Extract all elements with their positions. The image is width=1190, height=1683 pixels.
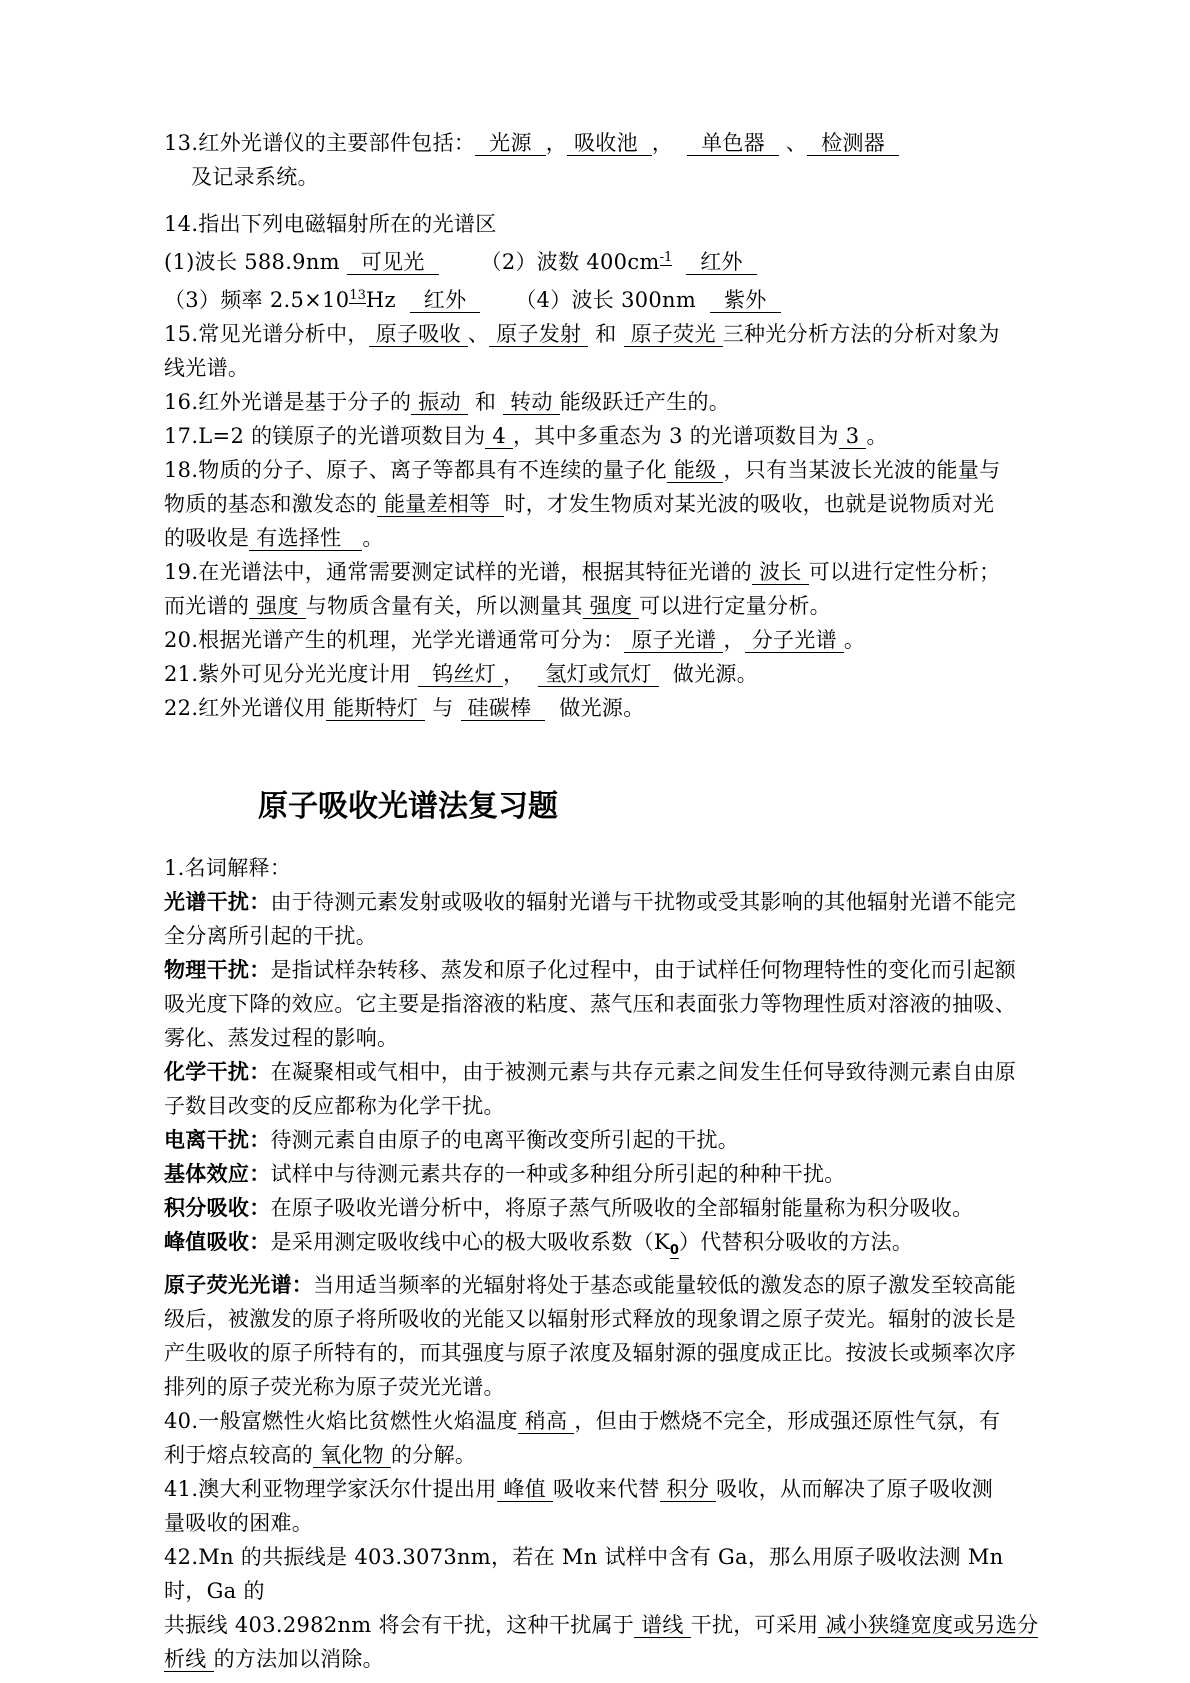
text-segment: 当用适当频率的光辐射将处于基态或能量较低的激发态的原子激发至较高能 <box>313 1273 1016 1297</box>
text-segment: ，但由于燃烧不完全，形成强还原性气氛，有 <box>574 1409 1000 1433</box>
answer-blank: 氧化物 <box>313 1443 391 1468</box>
text-line: 18.物质的分子、原子、离子等都具有不连续的量子化 能级 ，只有当某波长光波的能… <box>164 453 1042 487</box>
term-label: 电离干扰： <box>164 1128 271 1152</box>
text-segment: 18.物质的分子、原子、离子等都具有不连续的量子化 <box>164 458 667 482</box>
text-segment: 。 <box>866 424 887 448</box>
text-line: 吸光度下降的效应。它主要是指溶液的粘度、蒸气压和表面张力等物理性质对溶液的抽吸、 <box>164 987 1042 1021</box>
text-line: 21.紫外可见分光光度计用 钨丝灯 ， 氢灯或氘灯 做光源。 <box>164 657 1042 691</box>
text-line: 15.常见光谱分析中， 原子吸收 、 原子发射 和 原子荧光 三种光分析方法的分… <box>164 317 1042 351</box>
text-line: 共振线 403.2982nm 将会有干扰，这种干扰属于 谱线 干扰，可采用 减小… <box>164 1608 1042 1642</box>
text-segment: 在凝聚相或气相中，由于被测元素与共存元素之间发生任何导致待测元素自由原 <box>271 1060 1017 1084</box>
text-line: 及记录系统。 <box>164 160 1042 194</box>
text-line: 全分离所引起的干扰。 <box>164 919 1042 953</box>
answer-blank: 紫外 <box>710 288 781 313</box>
answer-blank: 峰值 <box>497 1477 554 1502</box>
text-line: 原子荧光光谱：当用适当频率的光辐射将处于基态或能量较低的激发态的原子激发至较高能 <box>164 1268 1042 1302</box>
answer-blank: 分子光谱 <box>745 628 844 653</box>
term-label: 积分吸收： <box>164 1196 271 1220</box>
text-segment: 13.红外光谱仪的主要部件包括： <box>164 131 475 155</box>
document-page: 13.红外光谱仪的主要部件包括： 光源 ， 吸收池 ， 单色器 、 检测器 及记… <box>0 0 1190 1683</box>
answer-blank: 3 <box>839 424 867 449</box>
answer-blank: 0 <box>670 1243 679 1259</box>
text-segment: 三种光分析方法的分析对象为 <box>723 322 1000 346</box>
answer-blank: 单色器 <box>687 131 779 156</box>
term-label: 物理干扰： <box>164 958 271 982</box>
text-line: 线光谱。 <box>164 351 1042 385</box>
answer-blank: 转动 <box>503 390 560 415</box>
text-segment: ，只有当某波长光波的能量与 <box>723 458 1000 482</box>
text-segment: 17.L=2 的镁原子的光谱项数目为 <box>164 424 485 448</box>
answer-blank: 谱线 <box>634 1613 691 1638</box>
text-segment: ， <box>546 131 567 155</box>
answer-blank: 钨丝灯 <box>418 662 503 687</box>
answer-blank: 吸收池 <box>567 131 652 156</box>
text-segment: 22.红外光谱仪用 <box>164 696 326 720</box>
text-line: 电离干扰：待测元素自由原子的电离平衡改变所引起的干扰。 <box>164 1123 1042 1157</box>
text-segment: (1)波长 588.9nm <box>164 250 347 274</box>
answer-blank: 原子光谱 <box>624 628 723 653</box>
text-segment: ）代替积分吸收的方法。 <box>679 1230 913 1254</box>
term-label: 原子荧光光谱： <box>164 1273 313 1297</box>
text-segment: 线光谱。 <box>164 356 249 380</box>
text-segment: 排列的原子荧光称为原子荧光光谱。 <box>164 1375 505 1399</box>
term-label: 峰值吸收： <box>164 1230 271 1254</box>
text-segment: 做光源。 <box>659 662 758 686</box>
text-line: 而光谱的 强度 与物质含量有关，所以测量其 强度 可以进行定量分析。 <box>164 589 1042 623</box>
text-segment: 的分解。 <box>391 1443 476 1467</box>
text-line: 利于熔点较高的 氧化物 的分解。 <box>164 1438 1042 1472</box>
text-segment: 14.指出下列电磁辐射所在的光谱区 <box>164 212 497 236</box>
text-line: 42.Mn 的共振线是 403.3073nm，若在 Mn 试样中含有 Ga，那么… <box>164 1540 1042 1608</box>
answer-blank: 红外 <box>686 250 757 275</box>
text-segment: Hz <box>366 288 410 312</box>
text-segment: 吸收来代替 <box>553 1477 660 1501</box>
answer-blank: 原子发射 <box>489 322 588 347</box>
text-segment: ， <box>503 662 538 686</box>
term-label: 化学干扰： <box>164 1060 271 1084</box>
text-segment: 可以进行定量分析。 <box>639 594 831 618</box>
text-line: 雾化、蒸发过程的影响。 <box>164 1021 1042 1055</box>
answer-blank: 稍高 <box>518 1409 575 1434</box>
text-segment: 15.常见光谱分析中， <box>164 322 369 346</box>
text-segment: 。 <box>362 526 383 550</box>
text-segment: 吸收，从而解决了原子吸收测 <box>716 1477 993 1501</box>
text-segment: 物质的基态和激发态的 <box>164 492 377 516</box>
text-segment: ， <box>652 131 687 155</box>
text-segment: 雾化、蒸发过程的影响。 <box>164 1026 398 1050</box>
text-segment: 干扰，可采用 <box>691 1613 819 1637</box>
answer-blank: 原子吸收 <box>369 322 468 347</box>
text-line: 22.红外光谱仪用 能斯特灯 与 硅碳棒 做光源。 <box>164 691 1042 725</box>
text-line: 19.在光谱法中，通常需要测定试样的光谱，根据其特征光谱的 波长 可以进行定性分… <box>164 555 1042 589</box>
text-line: 41.澳大利亚物理学家沃尔什提出用 峰值 吸收来代替 积分 吸收，从而解决了原子… <box>164 1472 1042 1506</box>
text-segment: 和 <box>468 390 503 414</box>
text-segment: 41.澳大利亚物理学家沃尔什提出用 <box>164 1477 497 1501</box>
text-segment: 是指试样杂转移、蒸发和原子化过程中，由于试样任何物理特性的变化而引起额 <box>271 958 1017 982</box>
text-segment: 时，才发生物质对某光波的吸收，也就是说物质对光 <box>504 492 994 516</box>
text-segment: 20.根据光谱产生的机理，光学光谱通常可分为： <box>164 628 624 652</box>
text-segment: 21.紫外可见分光光度计用 <box>164 662 418 686</box>
text-segment: 全分离所引起的干扰。 <box>164 924 377 948</box>
text-line: 量吸收的困难。 <box>164 1506 1042 1540</box>
text-line: 17.L=2 的镁原子的光谱项数目为 4 ，其中多重态为 3 的光谱项数目为 3… <box>164 419 1042 453</box>
text-segment: 40.一般富燃性火焰比贫燃性火焰温度 <box>164 1409 518 1433</box>
text-segment: 与物质含量有关，所以测量其 <box>306 594 583 618</box>
text-line: 物理干扰：是指试样杂转移、蒸发和原子化过程中，由于试样任何物理特性的变化而引起额 <box>164 953 1042 987</box>
section-heading: 原子吸收光谱法复习题 <box>258 789 1042 825</box>
text-segment <box>672 250 686 274</box>
text-segment: 。 <box>844 628 865 652</box>
answer-blank: 积分 <box>660 1477 717 1502</box>
text-line: 子数目改变的反应都称为化学干扰。 <box>164 1089 1042 1123</box>
text-segment: 做光源。 <box>545 696 644 720</box>
text-segment: 量吸收的困难。 <box>164 1511 313 1535</box>
answer-blank: -1 <box>660 250 673 266</box>
text-line: 光谱干扰：由于待测元素发射或吸收的辐射光谱与干扰物或受其影响的其他辐射光谱不能完 <box>164 885 1042 919</box>
text-segment: 试样中与待测元素共存的一种或多种组分所引起的种种干扰。 <box>271 1162 846 1186</box>
text-line: 基体效应：试样中与待测元素共存的一种或多种组分所引起的种种干扰。 <box>164 1157 1042 1191</box>
questions-section-bottom: 1.名词解释：光谱干扰：由于待测元素发射或吸收的辐射光谱与干扰物或受其影响的其他… <box>164 851 1042 1676</box>
text-line: 20.根据光谱产生的机理，光学光谱通常可分为： 原子光谱 ， 分子光谱 。 <box>164 623 1042 657</box>
text-segment: 级后，被激发的原子将所吸收的光能又以辐射形式释放的现象谓之原子荧光。辐射的波长是 <box>164 1307 1016 1331</box>
text-segment: 和 <box>588 322 623 346</box>
text-segment: 与 <box>425 696 460 720</box>
text-line: 物质的基态和激发态的 能量差相等 时，才发生物质对某光波的吸收，也就是说物质对光 <box>164 487 1042 521</box>
answer-blank: 强度 <box>249 594 306 619</box>
text-segment: （3）频率 2.5×10 <box>164 288 349 312</box>
text-line: 级后，被激发的原子将所吸收的光能又以辐射形式释放的现象谓之原子荧光。辐射的波长是 <box>164 1302 1042 1336</box>
answer-blank: 能量差相等 <box>377 492 504 517</box>
answer-blank: 强度 <box>583 594 640 619</box>
answer-blank: 析线 <box>164 1647 214 1672</box>
text-line: （3）频率 2.5×1013Hz 红外 （4）波长 300nm 紫外 <box>164 279 1042 317</box>
answer-blank: 光源 <box>475 131 546 156</box>
text-segment: 、 <box>779 131 807 155</box>
answer-blank: 检测器 <box>807 131 899 156</box>
text-segment: 、 <box>468 322 489 346</box>
text-segment: 能级跃迁产生的。 <box>560 390 730 414</box>
text-segment: 子数目改变的反应都称为化学干扰。 <box>164 1094 505 1118</box>
answer-blank: 振动 <box>411 390 468 415</box>
answer-blank: 能斯特灯 <box>326 696 425 721</box>
text-segment: 可以进行定性分析； <box>809 560 1001 584</box>
text-segment: （2）波数 400cm <box>439 250 660 274</box>
text-line: 产生吸收的原子所特有的，而其强度与原子浓度及辐射源的强度成正比。按波长或频率次序 <box>164 1336 1042 1370</box>
text-segment: 及记录系统。 <box>191 165 319 189</box>
answer-blank: 氢灯或氘灯 <box>538 662 658 687</box>
text-line: 14.指出下列电磁辐射所在的光谱区 <box>164 207 1042 241</box>
text-segment: 由于待测元素发射或吸收的辐射光谱与干扰物或受其影响的其他辐射光谱不能完 <box>271 890 1017 914</box>
text-segment: 1.名词解释： <box>164 856 291 880</box>
text-segment: ， <box>723 628 744 652</box>
term-label: 基体效应： <box>164 1162 271 1186</box>
text-segment: （4）波长 300nm <box>480 288 710 312</box>
text-line: 1.名词解释： <box>164 851 1042 885</box>
text-line: 积分吸收：在原子吸收光谱分析中，将原子蒸气所吸收的全部辐射能量称为积分吸收。 <box>164 1191 1042 1225</box>
text-segment: 42.Mn 的共振线是 403.3073nm，若在 Mn 试样中含有 Ga，那么… <box>164 1545 1010 1603</box>
answer-blank: 原子荧光 <box>624 322 723 347</box>
answer-blank: 13 <box>349 288 366 304</box>
text-line: 峰值吸收：是采用测定吸收线中心的极大吸收系数（K0）代替积分吸收的方法。 <box>164 1225 1042 1268</box>
text-segment: 在原子吸收光谱分析中，将原子蒸气所吸收的全部辐射能量称为积分吸收。 <box>271 1196 974 1220</box>
text-line: 化学干扰：在凝聚相或气相中，由于被测元素与共存元素之间发生任何导致待测元素自由原 <box>164 1055 1042 1089</box>
text-line: 16.红外光谱是基于分子的 振动 和 转动 能级跃迁产生的。 <box>164 385 1042 419</box>
text-line: 13.红外光谱仪的主要部件包括： 光源 ， 吸收池 ， 单色器 、 检测器 <box>164 126 1042 160</box>
text-line: 40.一般富燃性火焰比贫燃性火焰温度 稍高 ，但由于燃烧不完全，形成强还原性气氛… <box>164 1404 1042 1438</box>
text-segment: 共振线 403.2982nm 将会有干扰，这种干扰属于 <box>164 1613 634 1637</box>
answer-blank: 红外 <box>410 288 481 313</box>
text-segment: 待测元素自由原子的电离平衡改变所引起的干扰。 <box>271 1128 740 1152</box>
text-line: 排列的原子荧光称为原子荧光光谱。 <box>164 1370 1042 1404</box>
text-segment: 利于熔点较高的 <box>164 1443 313 1467</box>
answer-blank: 有选择性 <box>249 526 362 551</box>
text-line: 的吸收是 有选择性 。 <box>164 521 1042 555</box>
term-label: 光谱干扰： <box>164 890 271 914</box>
answer-blank: 能级 <box>667 458 724 483</box>
text-segment: 而光谱的 <box>164 594 249 618</box>
answer-blank: 硅碳棒 <box>461 696 546 721</box>
answer-blank: 4 <box>485 424 513 449</box>
text-segment: 19.在光谱法中，通常需要测定试样的光谱，根据其特征光谱的 <box>164 560 752 584</box>
text-segment: 的方法加以消除。 <box>214 1647 384 1671</box>
text-segment: 是采用测定吸收线中心的极大吸收系数（K <box>271 1230 670 1254</box>
text-segment: 产生吸收的原子所特有的，而其强度与原子浓度及辐射源的强度成正比。按波长或频率次序 <box>164 1341 1016 1365</box>
answer-blank: 可见光 <box>347 250 439 275</box>
text-segment: 吸光度下降的效应。它主要是指溶液的粘度、蒸气压和表面张力等物理性质对溶液的抽吸、 <box>164 992 1016 1016</box>
answer-blank: 波长 <box>752 560 809 585</box>
text-segment: 16.红外光谱是基于分子的 <box>164 390 411 414</box>
answer-blank: 减小狭缝宽度或另选分 <box>818 1613 1038 1638</box>
document-content: 13.红外光谱仪的主要部件包括： 光源 ， 吸收池 ， 单色器 、 检测器 及记… <box>0 0 1190 1676</box>
text-segment: ，其中多重态为 3 的光谱项数目为 <box>513 424 839 448</box>
questions-section-top: 13.红外光谱仪的主要部件包括： 光源 ， 吸收池 ， 单色器 、 检测器 及记… <box>164 126 1042 725</box>
text-line: (1)波长 588.9nm 可见光 （2）波数 400cm-1 红外 <box>164 241 1042 279</box>
text-segment: 的吸收是 <box>164 526 249 550</box>
text-line: 析线 的方法加以消除。 <box>164 1642 1042 1676</box>
